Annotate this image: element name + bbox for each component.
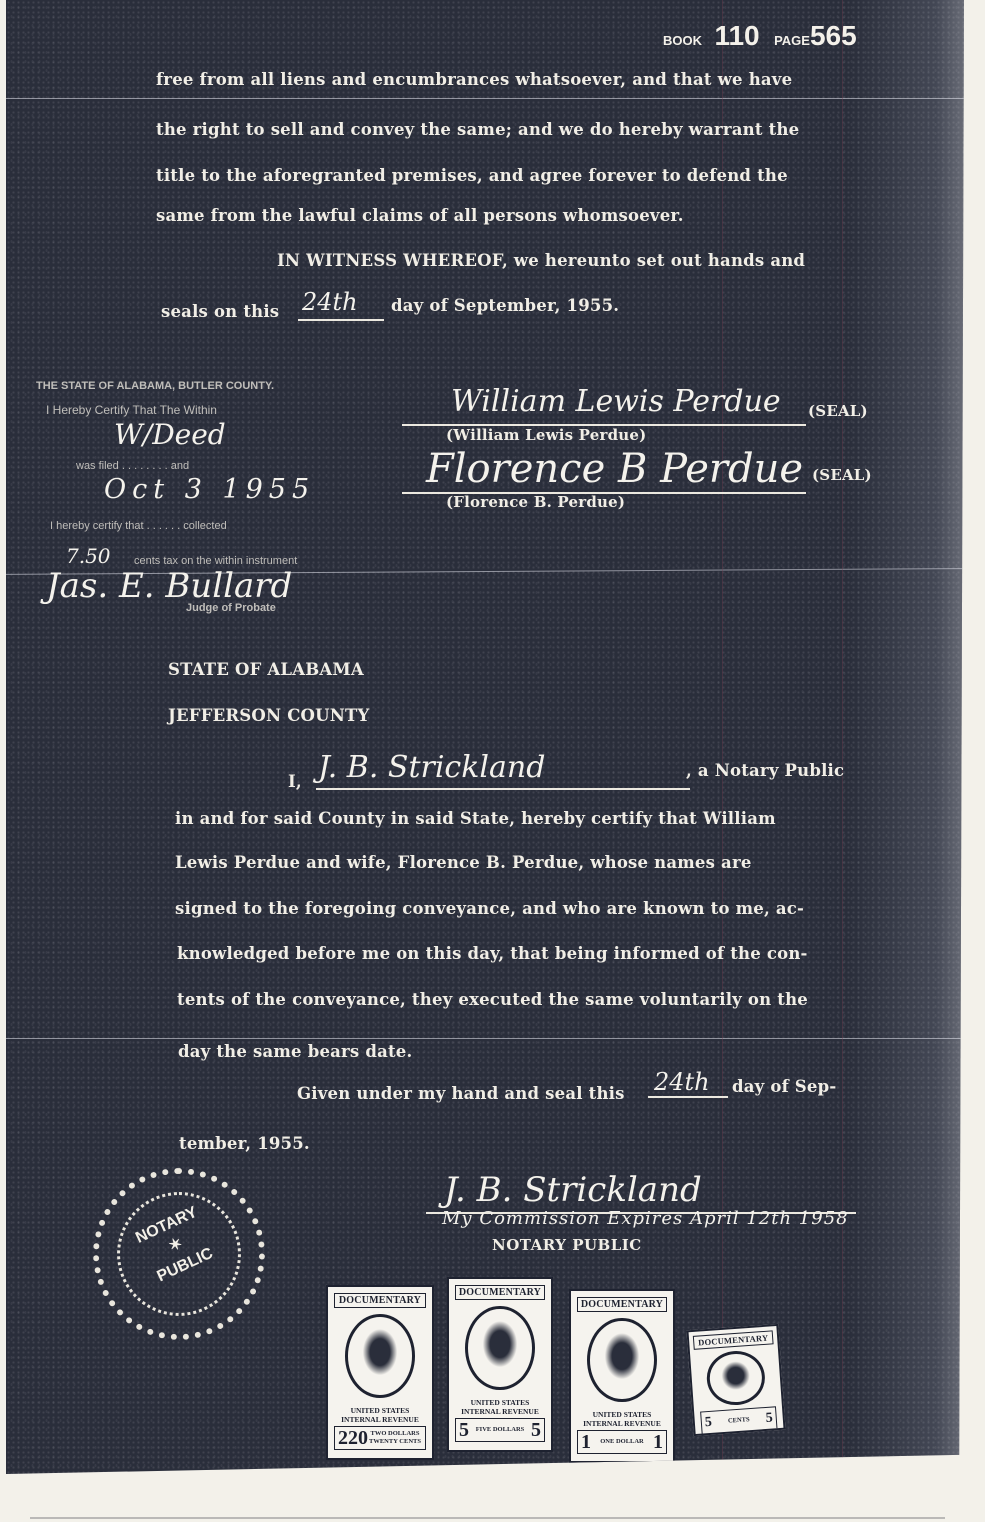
- probate-line: THE STATE OF ALABAMA, BUTLER COUNTY.: [36, 380, 274, 392]
- given-prefix: Given under my hand and seal this: [297, 1084, 625, 1103]
- notary-signature: J. B. Strickland: [444, 1170, 702, 1210]
- signature-william: William Lewis Perdue: [451, 384, 781, 419]
- printed-name-william: (William Lewis Perdue): [446, 426, 646, 444]
- ack-line: signed to the foregoing conveyance, and …: [175, 899, 804, 918]
- stamp-denomination: 5: [765, 1409, 773, 1429]
- deed-line: same from the lawful claims of all perso…: [156, 206, 684, 225]
- stamp-header: DOCUMENTARY: [577, 1297, 667, 1312]
- stamp-denomination-text: FIVE DOLLARS: [476, 1426, 525, 1434]
- probate-date-handwritten: Oct 3 1955: [104, 474, 315, 505]
- probate-line: I Hereby Certify That The Within: [46, 403, 217, 417]
- revenue-stamp: DOCUMENTARY UNITED STATES INTERNAL REVEN…: [326, 1285, 434, 1460]
- stamp-line1: UNITED STATES: [571, 1410, 673, 1419]
- deed-line: free from all liens and encumbrances wha…: [156, 70, 792, 89]
- fold-line: [6, 1038, 964, 1039]
- stamp-header: DOCUMENTARY: [693, 1330, 774, 1350]
- margin-line: [842, 0, 843, 1474]
- deed-line: the right to sell and convey the same; a…: [156, 120, 799, 139]
- witness-line: IN WITNESS WHEREOF, we hereunto set out …: [277, 251, 805, 270]
- stamp-portrait: [345, 1314, 415, 1398]
- scan-artifact-line: [30, 1517, 945, 1519]
- ack-intro-suffix: , a Notary Public: [686, 761, 844, 780]
- stamp-value: 1 ONE DOLLAR 1: [577, 1430, 667, 1454]
- ack-intro-prefix: I,: [288, 772, 302, 791]
- notary-seal: NOTARY ✶ PUBLIC: [93, 1168, 265, 1340]
- stamp-denomination: 1: [653, 1432, 663, 1452]
- stamp-header: DOCUMENTARY: [455, 1285, 545, 1300]
- ack-line: day the same bears date.: [178, 1042, 412, 1061]
- seals-day-handwritten: 24th: [302, 288, 358, 316]
- stamp-header: DOCUMENTARY: [334, 1293, 426, 1308]
- probate-amount-handwritten: 7.50: [66, 544, 111, 568]
- seals-suffix: day of September, 1955.: [391, 296, 619, 315]
- page-label: PAGE: [774, 33, 810, 48]
- given-end: tember, 1955.: [179, 1134, 310, 1153]
- stamp-line1: UNITED STATES: [328, 1406, 432, 1415]
- stamp-line1: UNITED STATES: [449, 1398, 551, 1407]
- seal-label: (SEAL): [812, 466, 872, 484]
- stamp-denomination: 5: [704, 1413, 712, 1433]
- stamp-line2: INTERNAL REVENUE: [328, 1415, 432, 1424]
- ack-line: knowledged before me on this day, that b…: [177, 944, 808, 963]
- probate-line: I hereby certify that . . . . . . collec…: [50, 520, 227, 532]
- page-number: 565: [810, 20, 857, 51]
- stamp-portrait: [587, 1318, 656, 1402]
- ack-line: tents of the conveyance, they executed t…: [177, 990, 808, 1009]
- stamp-portrait: [705, 1349, 767, 1407]
- stamp-denomination: 220: [338, 1428, 368, 1448]
- seals-day-underline: [298, 319, 384, 321]
- book-page-reference: BOOK 110 PAGE565: [663, 20, 857, 52]
- revenue-stamp: DOCUMENTARY 5 CENTS 5: [686, 1324, 785, 1436]
- stamp-denomination-text: ONE DOLLAR: [600, 1438, 644, 1446]
- stamp-portrait: [465, 1306, 534, 1390]
- fold-line: [6, 98, 964, 99]
- probate-instrument-handwritten: W/Deed: [114, 418, 226, 451]
- stamp-denomination: 5: [459, 1420, 469, 1440]
- signature-florence: Florence B Perdue: [426, 446, 803, 492]
- stamp-denomination-text: CENTS: [728, 1416, 750, 1425]
- notary-signature-inline: J. B. Strickland: [318, 750, 545, 785]
- stamp-value: 5 CENTS 5: [700, 1406, 777, 1435]
- book-label: BOOK: [663, 33, 702, 48]
- given-day-handwritten: 24th: [654, 1068, 710, 1096]
- printed-name-florence: (Florence B. Perdue): [446, 493, 625, 511]
- notary-title: NOTARY PUBLIC: [492, 1236, 642, 1254]
- given-suffix: day of Sep-: [732, 1077, 836, 1096]
- stamp-denomination: 1: [581, 1432, 591, 1452]
- stamp-line2: INTERNAL REVENUE: [571, 1419, 673, 1428]
- judge-title: Judge of Probate: [186, 602, 276, 614]
- stamp-value: 5 FIVE DOLLARS 5: [455, 1418, 545, 1442]
- book-number: 110: [714, 20, 759, 51]
- ack-line: Lewis Perdue and wife, Florence B. Perdu…: [175, 853, 752, 872]
- deed-page: BOOK 110 PAGE565 free from all liens and…: [6, 0, 964, 1474]
- ack-county: JEFFERSON COUNTY: [168, 706, 369, 725]
- ack-line: in and for said County in said State, he…: [175, 809, 776, 828]
- probate-line: was filed . . . . . . . . and: [76, 460, 189, 472]
- revenue-stamp: DOCUMENTARY UNITED STATES INTERNAL REVEN…: [569, 1289, 675, 1463]
- seal-label: (SEAL): [808, 402, 868, 420]
- margin-line: [722, 0, 723, 1474]
- revenue-stamp: DOCUMENTARY UNITED STATES INTERNAL REVEN…: [447, 1277, 553, 1452]
- notary-name-underline: [316, 788, 690, 790]
- stamp-denomination: 5: [531, 1420, 541, 1440]
- stamp-line2: INTERNAL REVENUE: [449, 1407, 551, 1416]
- seals-prefix: seals on this: [161, 302, 279, 321]
- ack-state: STATE OF ALABAMA: [168, 660, 364, 679]
- deed-line: title to the aforegranted premises, and …: [156, 166, 788, 185]
- given-day-underline: [648, 1096, 728, 1098]
- stamp-value: 220 TWO DOLLARS TWENTY CENTS: [334, 1426, 426, 1450]
- commission-expiry: My Commission Expires April 12th 1958: [442, 1208, 849, 1229]
- judge-signature: Jas. E. Bullard: [46, 566, 292, 606]
- stamp-denomination-text: TWO DOLLARS TWENTY CENTS: [368, 1430, 422, 1446]
